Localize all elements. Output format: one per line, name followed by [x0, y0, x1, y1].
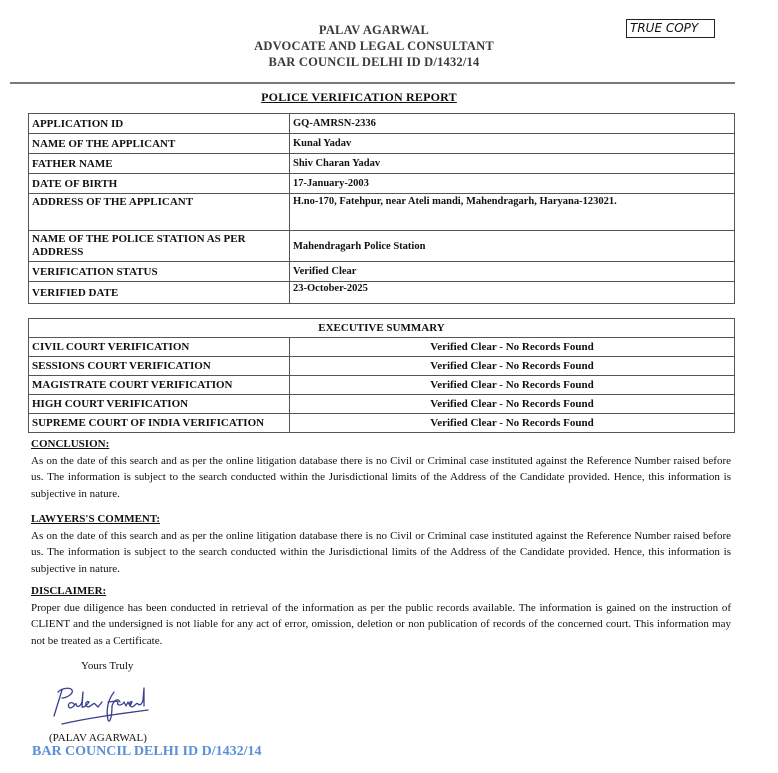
table-row: VERIFIED DATE 23-October-2025	[29, 282, 735, 304]
court-label: SUPREME COURT OF INDIA VERIFICATION	[29, 414, 290, 433]
court-status: Verified Clear - No Records Found	[290, 357, 735, 376]
field-value: 23-October-2025	[290, 282, 735, 304]
table-row: NAME OF THE POLICE STATION AS PER ADDRES…	[29, 231, 735, 262]
table-row: APPLICATION ID GQ-AMRSN-2336	[29, 114, 735, 134]
disclaimer-section: DISCLAIMER: Proper due diligence has bee…	[31, 583, 731, 649]
header-divider	[10, 82, 735, 84]
disclaimer-text: Proper due diligence has been conducted …	[31, 600, 731, 650]
disclaimer-heading: DISCLAIMER:	[31, 583, 731, 600]
field-label: VERIFICATION STATUS	[29, 262, 290, 282]
advocate-designation: ADVOCATE AND LEGAL CONSULTANT	[0, 38, 778, 54]
court-label: MAGISTRATE COURT VERIFICATION	[29, 376, 290, 395]
conclusion-text: As on the date of this search and as per…	[31, 453, 731, 503]
court-status: Verified Clear - No Records Found	[290, 414, 735, 433]
field-label: ADDRESS OF THE APPLICANT	[29, 194, 290, 231]
court-label: CIVIL COURT VERIFICATION	[29, 338, 290, 357]
table-row: CIVIL COURT VERIFICATION Verified Clear …	[29, 338, 735, 357]
field-value: Kunal Yadav	[290, 134, 735, 154]
field-label: NAME OF THE APPLICANT	[29, 134, 290, 154]
conclusion-section: CONCLUSION: As on the date of this searc…	[31, 436, 731, 502]
court-status: Verified Clear - No Records Found	[290, 376, 735, 395]
court-label: HIGH COURT VERIFICATION	[29, 395, 290, 414]
field-label: APPLICATION ID	[29, 114, 290, 134]
field-value: H.no-170, Fatehpur, near Ateli mandi, Ma…	[290, 194, 735, 231]
table-row: SESSIONS COURT VERIFICATION Verified Cle…	[29, 357, 735, 376]
table-row: FATHER NAME Shiv Charan Yadav	[29, 154, 735, 174]
field-label: VERIFIED DATE	[29, 282, 290, 304]
lawyers-comment-heading: LAWYERS'S COMMENT:	[31, 511, 731, 528]
signature-icon	[48, 680, 158, 728]
field-value: GQ-AMRSN-2336	[290, 114, 735, 134]
true-copy-stamp: TRUE COPY	[626, 19, 715, 38]
field-value: Verified Clear	[290, 262, 735, 282]
field-label: DATE OF BIRTH	[29, 174, 290, 194]
executive-summary-title: EXECUTIVE SUMMARY	[29, 319, 735, 338]
field-label: FATHER NAME	[29, 154, 290, 174]
field-label: NAME OF THE POLICE STATION AS PER ADDRES…	[29, 231, 290, 262]
letterhead-bar-id: BAR COUNCIL DELHI ID D/1432/14	[0, 54, 778, 70]
court-status: Verified Clear - No Records Found	[290, 395, 735, 414]
report-title: POLICE VERIFICATION REPORT	[0, 90, 748, 105]
table-row: VERIFICATION STATUS Verified Clear	[29, 262, 735, 282]
signer-bar-id: BAR COUNCIL DELHI ID D/1432/14	[32, 744, 261, 760]
field-value: 17-January-2003	[290, 174, 735, 194]
field-value: Shiv Charan Yadav	[290, 154, 735, 174]
closing-text: Yours Truly	[81, 660, 133, 672]
lawyers-comment-text: As on the date of this search and as per…	[31, 528, 731, 578]
table-row: ADDRESS OF THE APPLICANT H.no-170, Fateh…	[29, 194, 735, 231]
conclusion-heading: CONCLUSION:	[31, 436, 731, 453]
table-row: HIGH COURT VERIFICATION Verified Clear -…	[29, 395, 735, 414]
court-status: Verified Clear - No Records Found	[290, 338, 735, 357]
applicant-info-table: APPLICATION ID GQ-AMRSN-2336 NAME OF THE…	[28, 113, 735, 304]
table-row: DATE OF BIRTH 17-January-2003	[29, 174, 735, 194]
table-row: NAME OF THE APPLICANT Kunal Yadav	[29, 134, 735, 154]
lawyers-comment-section: LAWYERS'S COMMENT: As on the date of thi…	[31, 511, 731, 577]
court-label: SESSIONS COURT VERIFICATION	[29, 357, 290, 376]
field-value: Mahendragarh Police Station	[290, 231, 735, 262]
table-row: SUPREME COURT OF INDIA VERIFICATION Veri…	[29, 414, 735, 433]
table-header-row: EXECUTIVE SUMMARY	[29, 319, 735, 338]
signer-name: (PALAV AGARWAL)	[49, 732, 147, 744]
table-row: MAGISTRATE COURT VERIFICATION Verified C…	[29, 376, 735, 395]
executive-summary-table: EXECUTIVE SUMMARY CIVIL COURT VERIFICATI…	[28, 318, 735, 433]
